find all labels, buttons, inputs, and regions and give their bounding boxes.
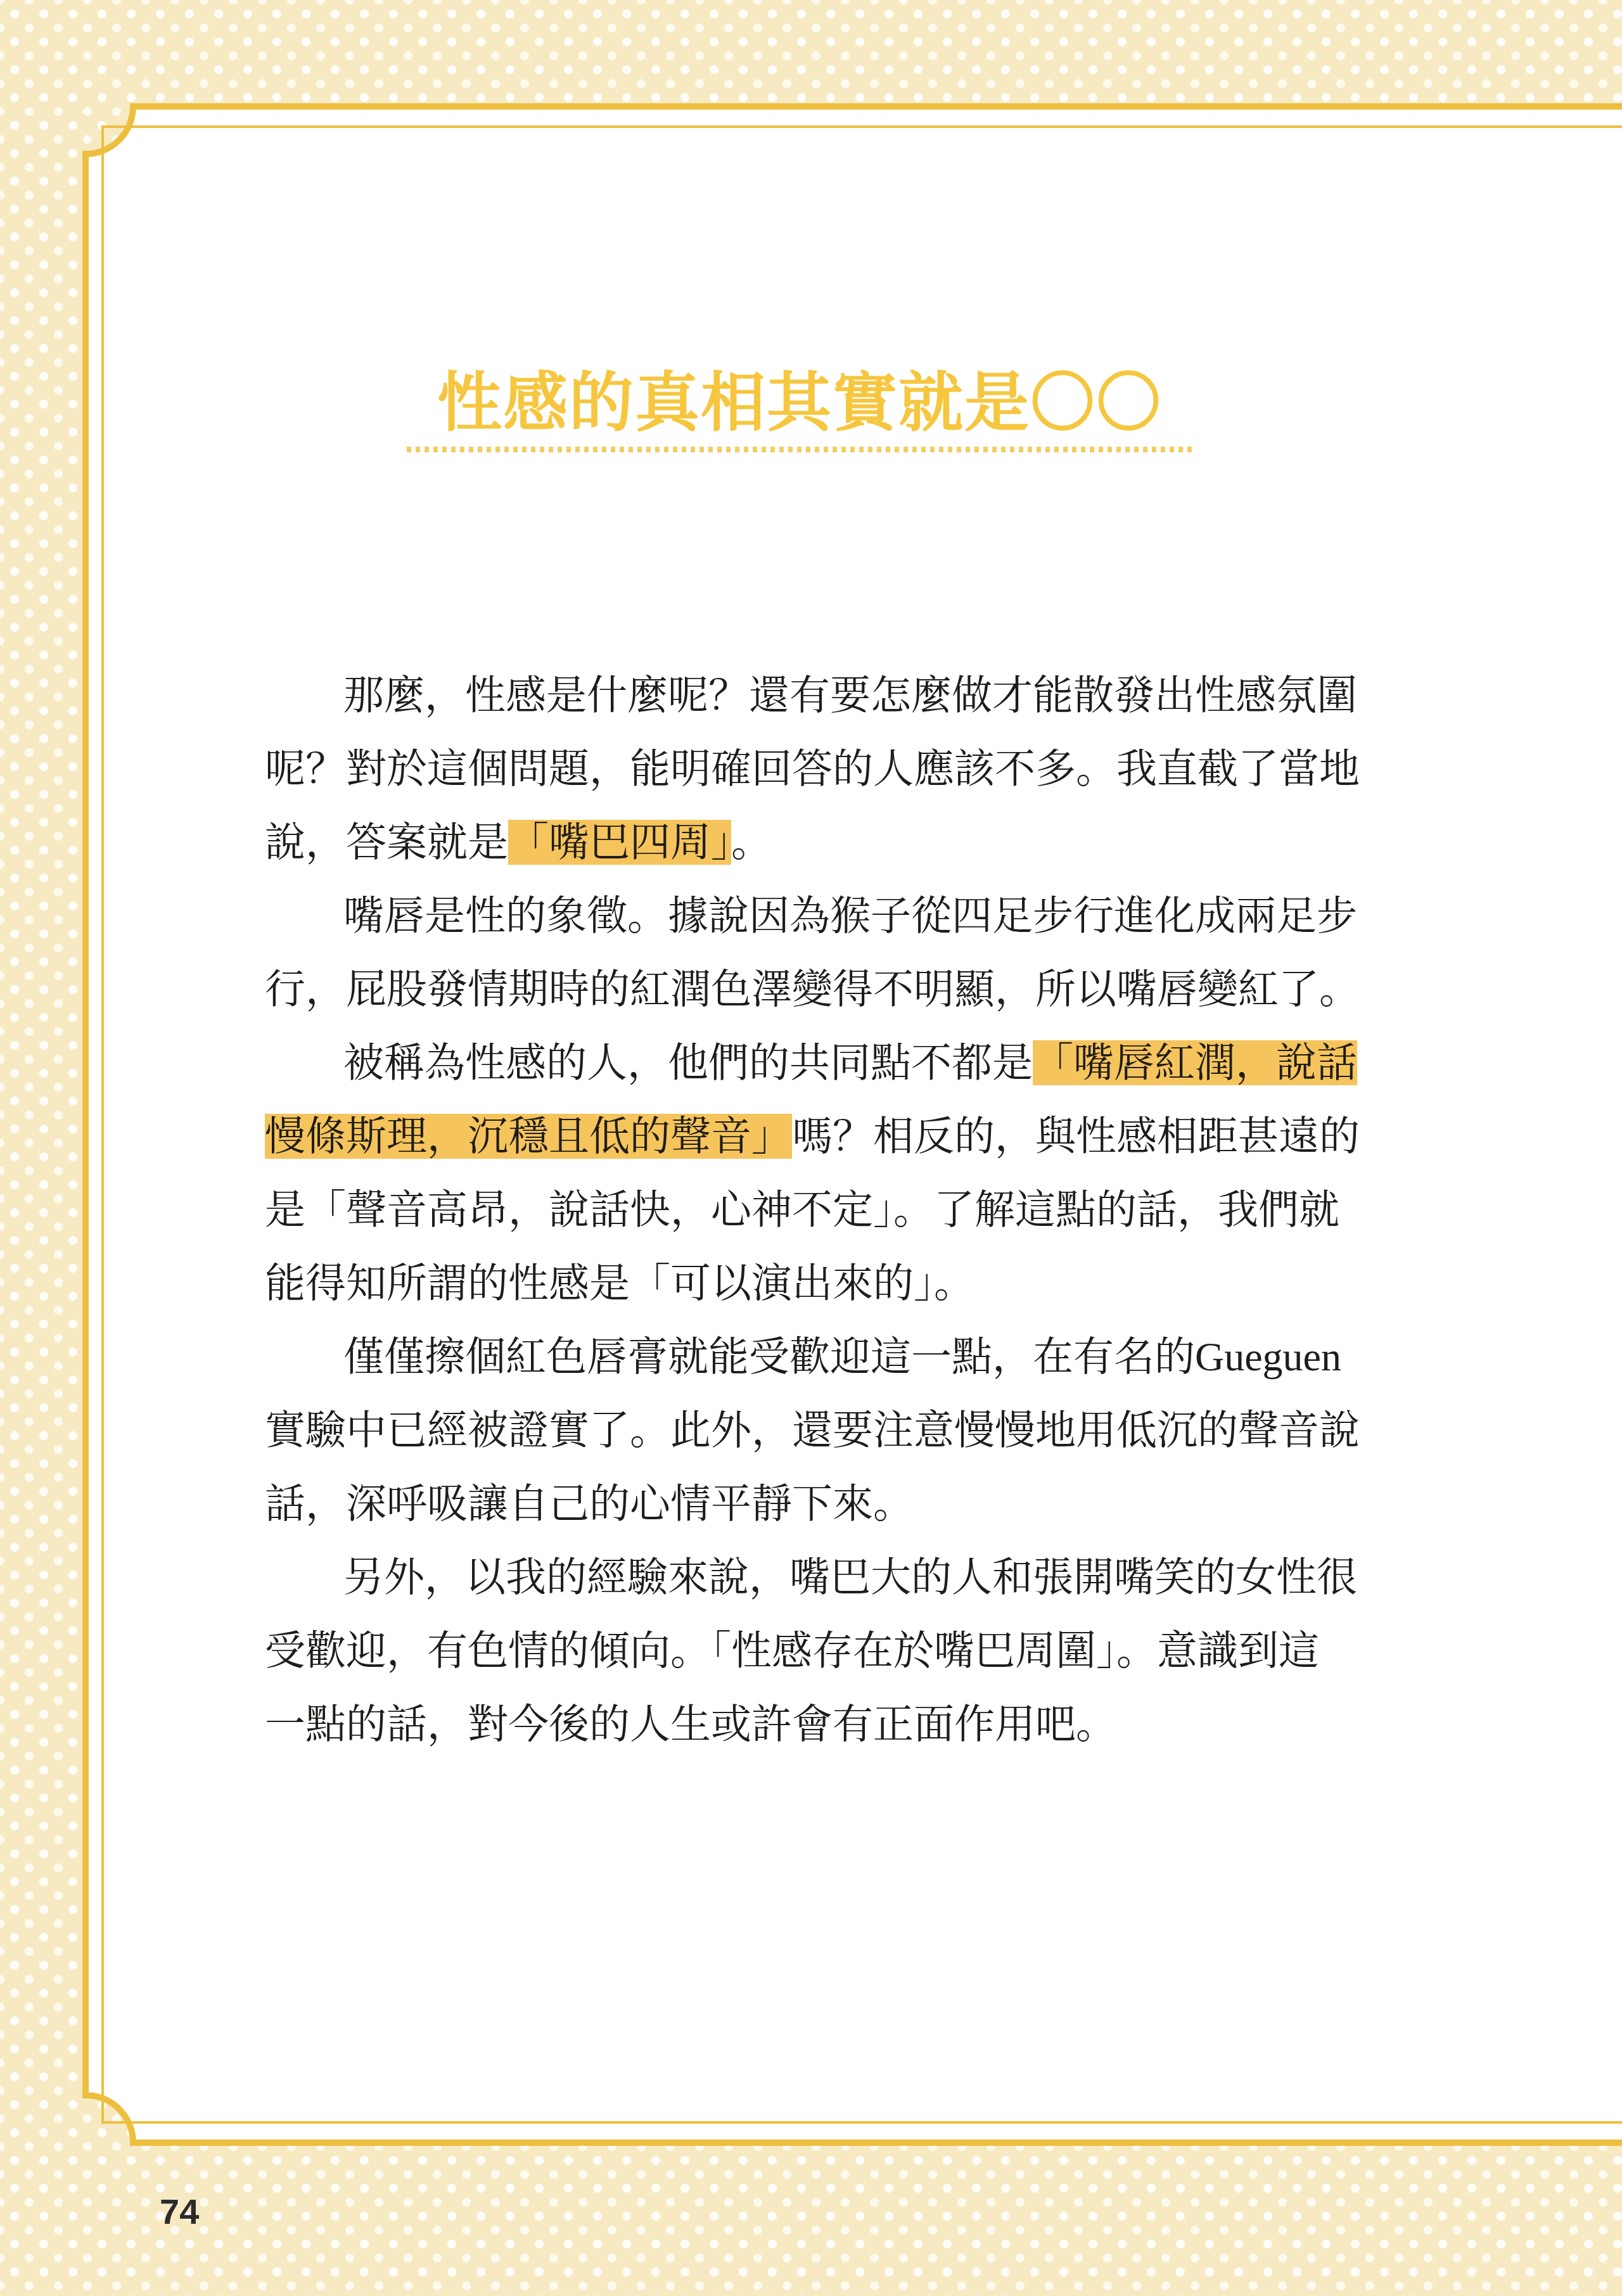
text-segment: 呢？對於這個問題，能明確回答的人應該不多。我直截了當地 [265,746,1360,791]
text-line: 實驗中已經被證實了。此外，還要注意慢慢地用低沉的聲音說 [265,1394,1361,1467]
highlighted-text: 「嘴唇紅潤，說話 [1033,1040,1357,1085]
chapter-title: 性感的真相其實就是〇〇 [253,371,1346,435]
page-number: 74 [160,2191,199,2232]
text-line: 呢？對於這個問題，能明確回答的人應該不多。我直截了當地 [265,732,1361,806]
text-line: 慢條斯理，沉穩且低的聲音」嗎？相反的，與性感相距甚遠的 [265,1100,1361,1173]
text-line: 話，深呼吸讓自己的心情平靜下來。 [265,1467,1361,1541]
text-line: 說，答案就是「嘴巴四周」。 [265,806,1361,879]
text-line: 行，屁股發情期時的紅潤色澤變得不明顯，所以嘴唇變紅了。 [265,953,1361,1026]
text-segment: 話，深呼吸讓自己的心情平靜下來。 [265,1481,914,1526]
text-segment: 。 [731,820,772,865]
text-segment: 嗎？相反的，與性感相距甚遠的 [792,1114,1360,1159]
highlighted-text: 「嘴巴四周」 [508,820,731,865]
text-segment: 實驗中已經被證實了。此外，還要注意慢慢地用低沉的聲音說 [265,1408,1360,1453]
text-segment: 說，答案就是 [265,820,508,865]
text-segment: 行，屁股發情期時的紅潤色澤變得不明顯，所以嘴唇變紅了。 [265,967,1360,1012]
book-page: { "page_number": "74", "title": { "text"… [0,0,1622,2296]
chapter-title-block: 性感的真相其實就是〇〇 [253,371,1346,452]
highlighted-text: 慢條斯理，沉穩且低的聲音」 [265,1114,792,1159]
text-line: 僅僅擦個紅色唇膏就能受歡迎這一點，在有名的Gueguen [265,1320,1361,1394]
text-line: 被稱為性感的人，他們的共同點不都是「嘴唇紅潤，說話 [265,1026,1361,1100]
text-line: 那麼，性感是什麼呢？還有要怎麼做才能散發出性感氛圍 [265,659,1361,732]
body-text: 那麼，性感是什麼呢？還有要怎麼做才能散發出性感氛圍呢？對於這個問題，能明確回答的… [265,659,1361,1761]
text-segment: 受歡迎，有色情的傾向。「性感存在於嘴巴周圍」。意識到這 [265,1628,1319,1673]
text-line: 能得知所謂的性感是「可以演出來的」。 [265,1247,1361,1320]
text-line: 嘴唇是性的象徵。據說因為猴子從四足步行進化成兩足步 [265,879,1361,953]
text-line: 受歡迎，有色情的傾向。「性感存在於嘴巴周圍」。意識到這 [265,1614,1361,1688]
text-segment: 另外，以我的經驗來說，嘴巴大的人和張開嘴笑的女性很 [343,1555,1357,1600]
title-dotted-underline [407,447,1192,452]
text-segment: 被稱為性感的人，他們的共同點不都是 [343,1040,1033,1085]
text-line: 是「聲音高昂，說話快，心神不定」。了解這點的話，我們就 [265,1173,1361,1247]
text-segment: 是「聲音高昂，說話快，心神不定」。了解這點的話，我們就 [265,1187,1339,1232]
text-line: 一點的話，對今後的人生或許會有正面作用吧。 [265,1688,1361,1761]
text-segment: 僅僅擦個紅色唇膏就能受歡迎這一點，在有名的Gueguen [343,1334,1341,1379]
text-line: 另外，以我的經驗來說，嘴巴大的人和張開嘴笑的女性很 [265,1541,1361,1614]
text-segment: 一點的話，對今後的人生或許會有正面作用吧。 [265,1702,1116,1747]
text-segment: 能得知所謂的性感是「可以演出來的」。 [265,1261,974,1306]
text-segment: 嘴唇是性的象徵。據說因為猴子從四足步行進化成兩足步 [343,893,1357,938]
text-segment: 那麼，性感是什麼呢？還有要怎麼做才能散發出性感氛圍 [343,673,1357,718]
